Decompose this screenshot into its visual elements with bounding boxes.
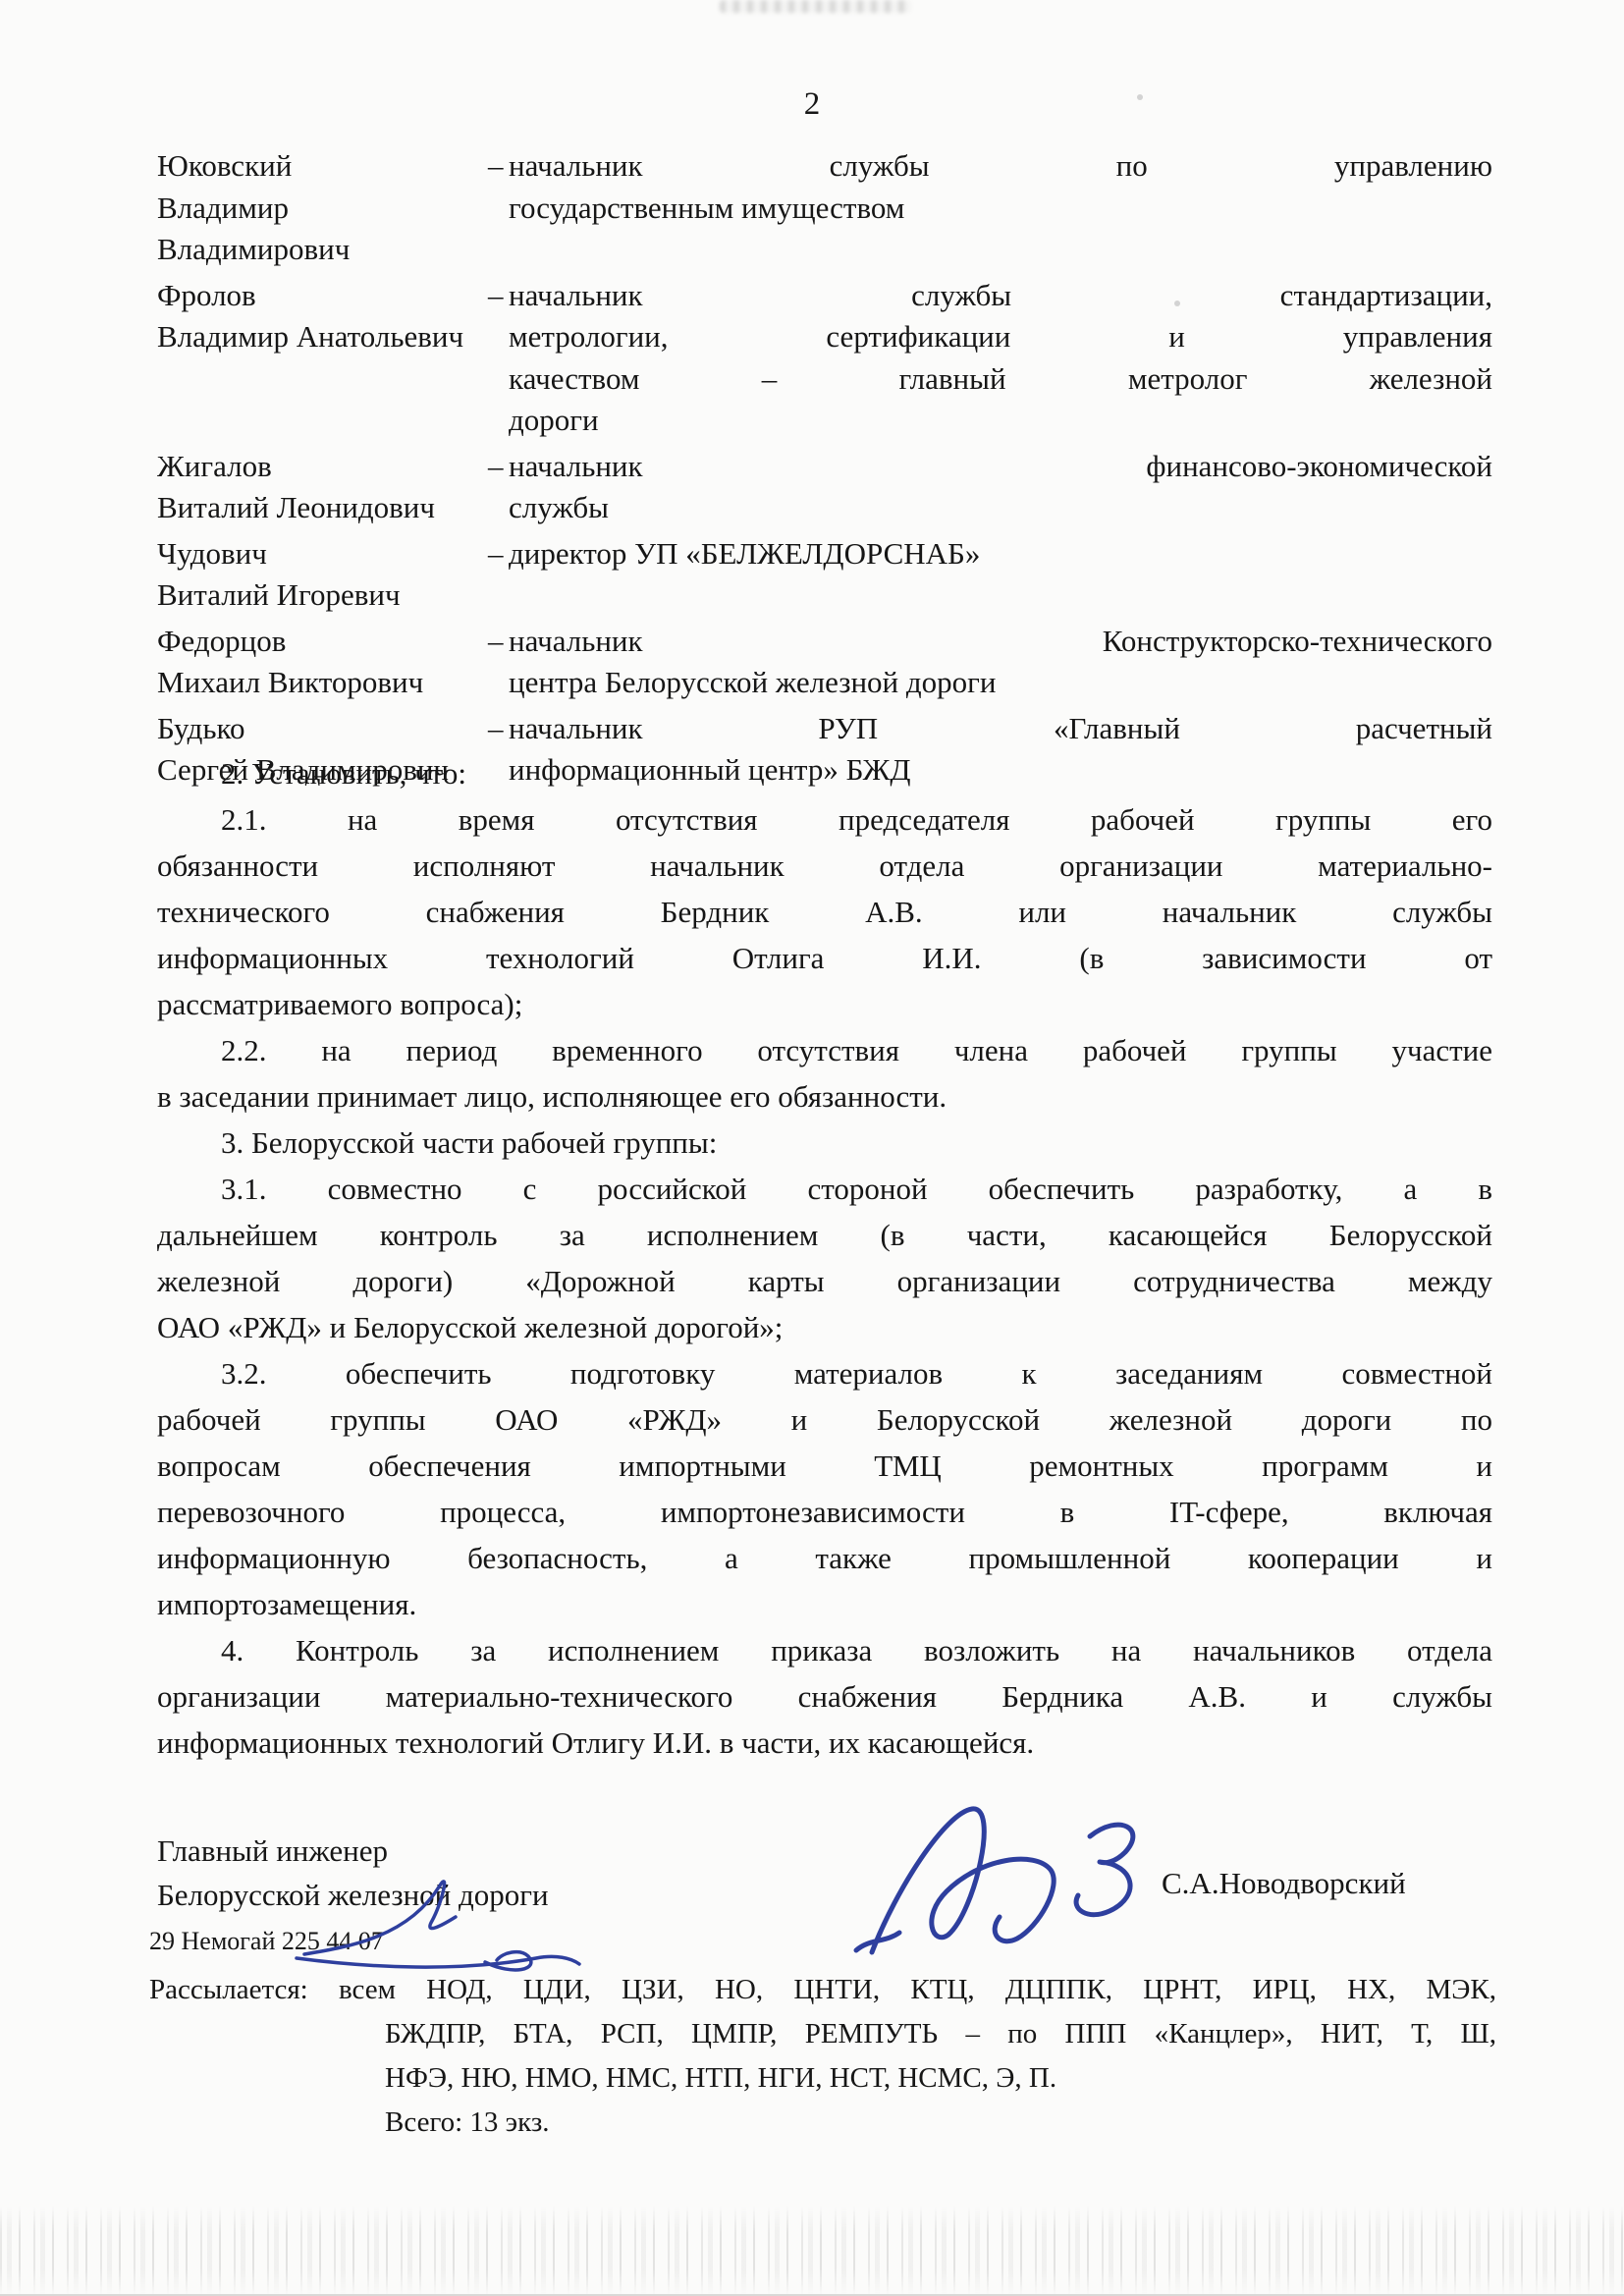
paragraph-line: информационных технологий Отлига И.И. (в… (157, 935, 1492, 981)
member-position-line: начальник РУП «Главный расчетный (509, 708, 1492, 750)
paragraph-line: 3.1. совместно с российской стороной обе… (157, 1166, 1492, 1212)
member-position-line: директор УП «БЕЛЖЕЛДОРСНАБ» (509, 533, 1492, 575)
paragraph-line: организации материально-технического сна… (157, 1673, 1492, 1720)
distribution-line: НФЭ, НЮ, НМО, НМС, НТП, НГИ, НСТ, НСМС, … (149, 2056, 1496, 2101)
member-name-line: Федорцов (157, 621, 488, 663)
member-name-line: Михаил Викторович (157, 662, 488, 704)
paragraph-line: железной дороги) «Дорожной карты организ… (157, 1258, 1492, 1304)
paragraph-line: 3.2. обеспечить подготовку материалов к … (157, 1350, 1492, 1396)
paragraph-line: 2.1. на время отсутствия председателя ра… (157, 796, 1492, 843)
paragraph: 2.1. на время отсутствия председателя ра… (157, 796, 1492, 1027)
working-group-roster: ЮковскийВладимир Владимирович–начальник … (157, 145, 1492, 795)
position-dash: – (488, 533, 509, 575)
member-position-line: дороги (509, 400, 1492, 442)
distribution-line: Всего: 13 экз. (149, 2101, 1496, 2145)
signatory-title-line: Главный инженер (157, 1829, 844, 1873)
member-position-line: центра Белорусской железной дороги (509, 662, 1492, 704)
paragraph-line: 4. Контроль за исполнением приказа возло… (157, 1627, 1492, 1673)
paragraph-line: вопросам обеспечения импортными ТМЦ ремо… (157, 1443, 1492, 1489)
distribution-list: Рассылается: всем НОД, ЦДИ, ЦЗИ, НО, ЦНТ… (149, 1968, 1496, 2145)
roster-row: ЮковскийВладимир Владимирович–начальник … (157, 145, 1492, 271)
member-position-line: службы (509, 487, 1492, 529)
roster-row: ЧудовичВиталий Игоревич–директор УП «БЕЛ… (157, 533, 1492, 617)
paragraph-line: 2. Установить, что: (157, 750, 1492, 796)
paragraph-line: рассматриваемого вопроса); (157, 981, 1492, 1027)
distribution-line: БЖДПР, БТА, РСП, ЦМПР, РЕМПУТЬ – по ППП … (149, 2012, 1496, 2056)
member-position: –начальник финансово-экономическойслужбы (488, 446, 1492, 529)
member-position-lines: начальник службы стандартизации,метролог… (509, 275, 1492, 442)
member-name-line: Виталий Леонидович (157, 487, 488, 529)
scan-streaks-bottom (0, 2206, 1624, 2296)
paragraph-line: рабочей группы ОАО «РЖД» и Белорусской ж… (157, 1396, 1492, 1443)
paragraph: 3. Белорусской части рабочей группы: (157, 1120, 1492, 1166)
position-dash: – (488, 275, 509, 442)
paragraph-line: 3. Белорусской части рабочей группы: (157, 1120, 1492, 1166)
member-position: –начальник Конструкторско-техническогоце… (488, 621, 1492, 704)
member-position-lines: директор УП «БЕЛЖЕЛДОРСНАБ» (509, 533, 1492, 575)
signature-initials-icon (293, 1868, 592, 1978)
roster-row: ЖигаловВиталий Леонидович–начальник фина… (157, 446, 1492, 529)
page-number: 2 (0, 86, 1624, 123)
member-position-lines: начальник Конструкторско-техническогоцен… (509, 621, 1492, 704)
member-position: –начальник службы стандартизации,метроло… (488, 275, 1492, 442)
paragraph-line: ОАО «РЖД» и Белорусской железной дорогой… (157, 1304, 1492, 1350)
member-position-line: государственным имуществом (509, 188, 1492, 230)
member-position-lines: начальник финансово-экономическойслужбы (509, 446, 1492, 529)
paragraph-line: в заседании принимает лицо, исполняющее … (157, 1073, 1492, 1120)
member-name: ФроловВладимир Анатольевич (157, 275, 488, 358)
paragraph-line: обязанности исполняют начальник отдела о… (157, 843, 1492, 889)
paragraph-line: 2.2. на период временного отсутствия чле… (157, 1027, 1492, 1073)
member-name-line: Жигалов (157, 446, 488, 488)
signature-main-icon (842, 1795, 1181, 1977)
member-name-line: Юковский (157, 145, 488, 188)
paragraph: 2. Установить, что: (157, 750, 1492, 796)
roster-row: ФедорцовМихаил Викторович–начальник Конс… (157, 621, 1492, 704)
member-name-line: Будько (157, 708, 488, 750)
order-body-text: 2. Установить, что:2.1. на время отсутст… (157, 750, 1492, 1766)
member-name: ЖигаловВиталий Леонидович (157, 446, 488, 529)
distribution-line: Рассылается: всем НОД, ЦДИ, ЦЗИ, НО, ЦНТ… (149, 1968, 1496, 2012)
member-name: ЧудовичВиталий Игоревич (157, 533, 488, 617)
member-position-lines: начальник службы по управлениюгосударств… (509, 145, 1492, 229)
paragraph-line: импортозамещения. (157, 1581, 1492, 1627)
member-position: –директор УП «БЕЛЖЕЛДОРСНАБ» (488, 533, 1492, 575)
paragraph: 3.1. совместно с российской стороной обе… (157, 1166, 1492, 1350)
member-position-line: начальник службы по управлению (509, 145, 1492, 188)
paragraph-line: технического снабжения Бердник А.В. или … (157, 889, 1492, 935)
paragraph: 4. Контроль за исполнением приказа возло… (157, 1627, 1492, 1766)
position-dash: – (488, 446, 509, 529)
member-name: ФедорцовМихаил Викторович (157, 621, 488, 704)
position-dash: – (488, 621, 509, 704)
position-dash: – (488, 145, 509, 229)
paragraph-line: дальнейшем контроль за исполнением (в ча… (157, 1212, 1492, 1258)
member-position: –начальник службы по управлениюгосударст… (488, 145, 1492, 229)
member-name-line: Фролов (157, 275, 488, 317)
signatory-name: С.А.Новодворский (1162, 1866, 1406, 1901)
member-position-line: начальник службы стандартизации, (509, 275, 1492, 317)
member-name-line: Виталий Игоревич (157, 574, 488, 617)
member-position-line: начальник Конструкторско-технического (509, 621, 1492, 663)
paragraph-line: перевозочного процесса, импортонезависим… (157, 1489, 1492, 1535)
member-position-line: метрологии, сертификации и управления (509, 316, 1492, 358)
paragraph: 2.2. на период временного отсутствия чле… (157, 1027, 1492, 1120)
paragraph-line: информационных технологий Отлигу И.И. в … (157, 1720, 1492, 1766)
roster-row: ФроловВладимир Анатольевич–начальник слу… (157, 275, 1492, 442)
member-position-line: начальник финансово-экономической (509, 446, 1492, 488)
member-position-line: качеством – главный метролог железной (509, 358, 1492, 401)
paragraph: 3.2. обеспечить подготовку материалов к … (157, 1350, 1492, 1627)
paragraph-line: информационную безопасность, а также про… (157, 1535, 1492, 1581)
member-name: ЮковскийВладимир Владимирович (157, 145, 488, 271)
scan-smudge-top (720, 0, 911, 13)
member-name-line: Владимир Анатольевич (157, 316, 488, 358)
member-name-line: Чудович (157, 533, 488, 575)
member-name-line: Владимир Владимирович (157, 188, 488, 271)
